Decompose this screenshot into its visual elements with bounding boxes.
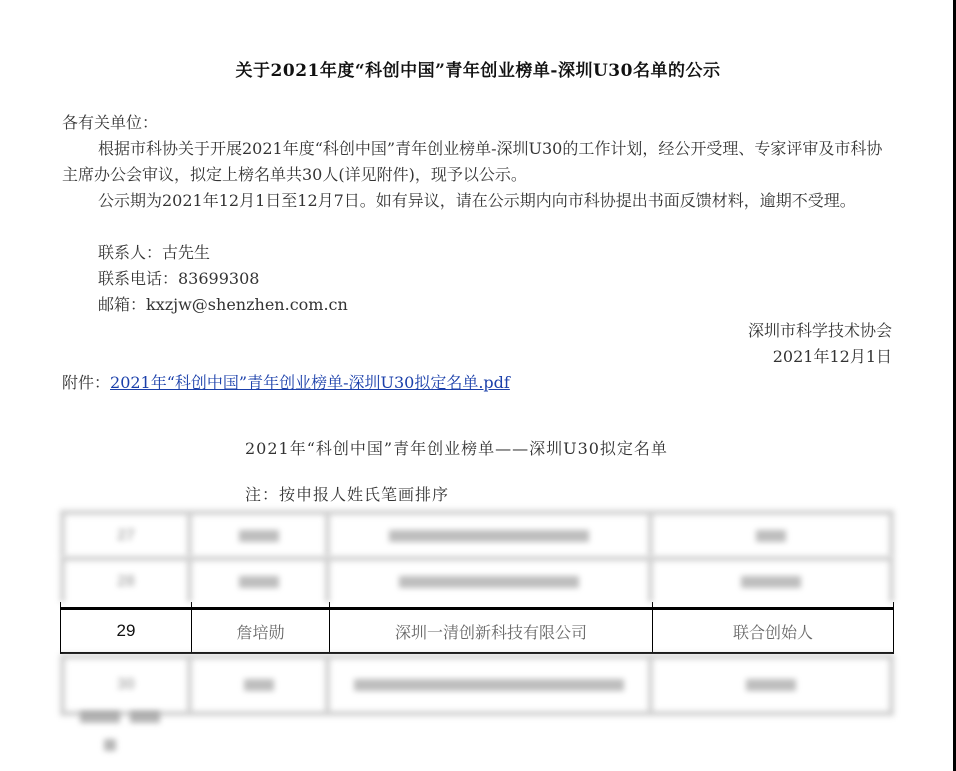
salutation: 各有关单位： bbox=[62, 110, 892, 136]
paragraph-2: 公示期为2021年12月1日至12月7日。如有异议，请在公示期内向市科协提出书面… bbox=[62, 188, 892, 214]
cell-role: 联合创始人 bbox=[653, 610, 894, 652]
candidate-table: 27 28 29 詹培勋 深圳一清创新科技有限公司 联合创始人 30 bbox=[60, 510, 894, 716]
contact-person: 联系人：古先生 bbox=[98, 240, 210, 266]
table-row: 29 詹培勋 深圳一清创新科技有限公司 联合创始人 bbox=[60, 608, 894, 654]
cell-role bbox=[653, 515, 894, 556]
cell-number: 29 bbox=[60, 610, 192, 652]
cell-name bbox=[192, 659, 330, 711]
cell-name bbox=[192, 515, 330, 556]
table-row-blurred: 28 bbox=[60, 556, 894, 602]
list-title: 2021年“科创中国”青年创业榜单——深圳U30拟定名单 bbox=[245, 436, 668, 459]
cell-company: 深圳一清创新科技有限公司 bbox=[330, 610, 653, 652]
contact-email: 邮箱：kxzjw@shenzhen.com.cn bbox=[98, 292, 348, 318]
cell-name: 詹培勋 bbox=[192, 610, 330, 652]
cell-name bbox=[192, 561, 330, 602]
attachment: 附件：2021年“科创中国”青年创业榜单-深圳U30拟定名单.pdf bbox=[62, 370, 510, 396]
cell-number: 30 bbox=[60, 659, 192, 711]
cell-company bbox=[330, 659, 653, 711]
signoff-organization: 深圳市科学技术协会 bbox=[748, 318, 892, 344]
attachment-label: 附件： bbox=[62, 373, 110, 392]
contact-phone: 联系电话：83699308 bbox=[98, 266, 259, 292]
cell-company bbox=[330, 515, 653, 556]
table-row-blurred: 27 bbox=[60, 510, 894, 556]
blurred-footnote bbox=[80, 705, 160, 761]
page-title: 关于2021年度“科创中国”青年创业榜单-深圳U30名单的公示 bbox=[0, 56, 956, 81]
list-note: 注：按申报人姓氏笔画排序 bbox=[245, 482, 449, 505]
attachment-link[interactable]: 2021年“科创中国”青年创业榜单-深圳U30拟定名单.pdf bbox=[110, 373, 510, 392]
cell-role bbox=[653, 659, 894, 711]
cell-company bbox=[330, 561, 653, 602]
cell-role bbox=[653, 561, 894, 602]
signoff-date: 2021年12月1日 bbox=[773, 344, 892, 370]
cell-number: 27 bbox=[60, 515, 192, 556]
table-row-blurred: 30 bbox=[60, 654, 894, 716]
cell-number: 28 bbox=[60, 561, 192, 602]
paragraph-1: 根据市科协关于开展2021年度“科创中国”青年创业榜单-深圳U30的工作计划，经… bbox=[62, 136, 892, 188]
